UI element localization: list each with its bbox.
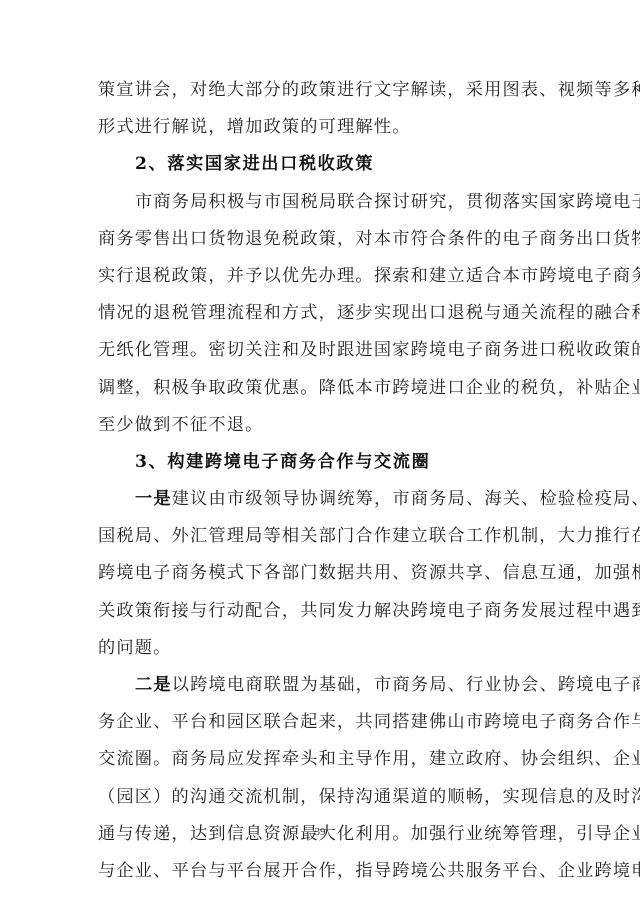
paragraph-first-line: 二是以跨境电商联盟为基础，市商务局、行业协会、跨境电子商: [98, 671, 542, 708]
body-text-line: 至少做到不征不退。: [98, 411, 542, 448]
body-text-line: 与企业、平台与平台展开合作，指导跨境公共服务平台、企业跨境电: [98, 857, 542, 894]
body-text-line: 的问题。: [98, 634, 542, 671]
body-text-line: 情况的退税管理流程和方式，逐步实现出口退税与通关流程的融合和: [98, 299, 542, 336]
body-text-line: 策宣讲会，对绝大部分的政策进行文字解读，采用图表、视频等多种: [98, 76, 542, 113]
paragraph-lead-bold: 二是: [135, 675, 172, 695]
paragraph-first-line: 一是建议由市级领导协调统筹，市商务局、海关、检验检疫局、: [98, 485, 542, 522]
body-text-line: 交流圈。商务局应发挥牵头和主导作用，建立政府、协会组织、企业: [98, 745, 542, 782]
page-number: 39: [0, 826, 640, 838]
body-text-line: 市商务局积极与市国税局联合探讨研究，贯彻落实国家跨境电子: [98, 188, 542, 225]
document-page: 策宣讲会，对绝大部分的政策进行文字解读，采用图表、视频等多种 形式进行解说，增加…: [98, 76, 542, 894]
body-text: 建议由市级领导协调统筹，市商务局、海关、检验检疫局、: [172, 489, 640, 509]
body-text: 以跨境电商联盟为基础，市商务局、行业协会、跨境电子商: [172, 675, 640, 695]
body-text-line: 无纸化管理。密切关注和及时跟进国家跨境电子商务进口税收政策的: [98, 336, 542, 373]
section-heading-3: 3、构建跨境电子商务合作与交流圈: [98, 448, 542, 485]
body-text-line: （园区）的沟通交流机制，保持沟通渠道的顺畅，实现信息的及时沟: [98, 783, 542, 820]
body-text-line: 商务零售出口货物退免税政策，对本市符合条件的电子商务出口货物: [98, 225, 542, 262]
paragraph-lead-bold: 一是: [135, 489, 172, 509]
body-text-line: 实行退税政策，并予以优先办理。探索和建立适合本市跨境电子商务: [98, 262, 542, 299]
body-text-line: 国税局、外汇管理局等相关部门合作建立联合工作机制，大力推行在: [98, 522, 542, 559]
body-text-line: 关政策衔接与行动配合，共同发力解决跨境电子商务发展过程中遇到: [98, 597, 542, 634]
body-text-line: 调整，积极争取政策优惠。降低本市跨境进口企业的税负，补贴企业，: [98, 374, 542, 411]
body-text-line: 跨境电子商务模式下各部门数据共用、资源共享、信息互通，加强相: [98, 559, 542, 596]
body-text-line: 务企业、平台和园区联合起来，共同搭建佛山市跨境电子商务合作与: [98, 708, 542, 745]
section-heading-2: 2、落实国家进出口税收政策: [98, 150, 542, 187]
body-text-line: 形式进行解说，增加政策的可理解性。: [98, 113, 542, 150]
